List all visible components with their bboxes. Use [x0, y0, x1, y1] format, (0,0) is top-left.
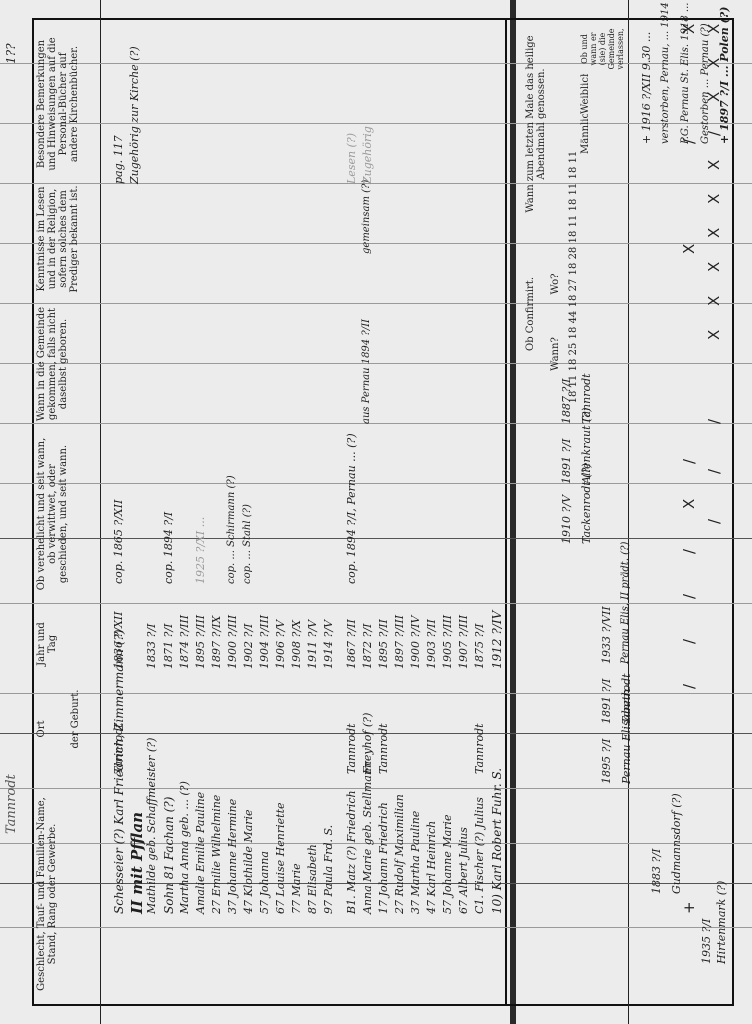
married-3: 1925 ?/XI ... — [194, 517, 207, 584]
tally-mark: / — [680, 459, 698, 464]
left-page-top-border — [32, 18, 34, 1006]
header-confirmed-where: Wo? — [550, 244, 570, 324]
birth-date-f2-7: 1905 ?/III — [441, 615, 454, 669]
birth-date-2: 1833 ?/I — [145, 624, 158, 669]
communion-year-header: 18 28 — [568, 246, 588, 276]
confirmed-f3-where-2: Hirtenmark (?) — [715, 881, 728, 964]
departure-4: Gestorben ... Pernau (?) — [700, 23, 711, 144]
communion-year-header: 18 11 — [568, 374, 588, 404]
header-birth-place: Ort — [36, 674, 66, 784]
left-header-separator — [100, 0, 101, 1024]
birth-place-1: Tannrodt — [112, 723, 125, 774]
birth-date-f2-3: 1895 ?/II — [377, 619, 390, 669]
tally-mark: X — [705, 194, 723, 204]
tally-mark: X — [705, 24, 723, 34]
married-5: cop. ... Stahl (?) — [242, 504, 253, 584]
rule — [0, 927, 752, 928]
birth-date-10: 1906 ?/V — [274, 620, 287, 669]
header-communion: Wann zum letzten Male das heilige Abendm… — [525, 24, 565, 224]
birth-date-13: 1914 ?/V — [322, 620, 335, 669]
tally-mark: X — [705, 160, 723, 170]
tally-mark: X — [680, 499, 698, 509]
entry-f2-child-6: 67 Albert Julius — [457, 827, 470, 914]
tally-mark: + — [680, 901, 698, 914]
entry-daughter-in-law-name: Martha Anna geb. ... (?) — [178, 781, 191, 914]
birth-date-1: 1836 ?/XII — [112, 611, 125, 669]
birth-date-3: 1871 ?/I — [162, 624, 175, 669]
entry-child-1: Amalie Emilie Pauline — [194, 792, 207, 914]
birth-date-f2-8: 1907 ?/III — [457, 615, 470, 669]
birth-date-f3-1: 1875 ?/I — [473, 624, 486, 669]
confirmed-when-2: 1891 ?/I — [560, 439, 573, 484]
birth-date-5: 1895 ?/III — [194, 615, 207, 669]
remark-f2-1: Lesen (?) — [345, 133, 358, 184]
rule — [0, 603, 752, 604]
birth-date-f3-2: 1912 ?/IV — [490, 611, 504, 669]
birth-date-8: 1902 ?/I — [242, 624, 255, 669]
tally-mark: / — [680, 594, 698, 599]
entry-child-9: 97 Paula Frd. S. — [322, 825, 335, 914]
tally-mark: X — [705, 228, 723, 238]
entry-f2-child-2: 27 Rudolf Maximilian — [393, 794, 406, 914]
married-f2: cop. 1894 ?/I, Pernau ... (?) — [345, 433, 358, 584]
remark-1: pag. 117 — [112, 135, 125, 184]
entry-child-5: 57 Johanna — [258, 851, 271, 914]
entry-f2-child-4: 47 Karl Heinrich — [425, 821, 438, 914]
departure-1: + 1916 ?/XII 9.30 ... — [640, 32, 653, 144]
entry-child-3: 37 Johanne Hermine — [226, 799, 239, 914]
header-married: Ob verehelicht und seit wann, ob verwitt… — [36, 434, 96, 594]
departure-2: verstorben, Pernau, ... 1914 ... — [660, 0, 671, 144]
header-departure: Ob und wann er (sie) die Gemeinde verlas… — [580, 24, 625, 74]
entry-wife-name: Mathilde geb. Schaffmeister (?) — [145, 738, 158, 914]
tally-mark: X — [680, 24, 698, 34]
left-page-bottom-border — [505, 18, 507, 1006]
confirmed-f3-when-1: 1883 ?/I — [650, 849, 663, 894]
header-confirmed: Ob Confirmirt. — [525, 244, 545, 384]
header-male: Männliche. — [580, 114, 620, 154]
birth-date-12: 1911 ?/V — [306, 620, 319, 669]
entry-f2-child-1: 17 Johann Friedrich — [377, 802, 390, 914]
birth-date-f2-1: 1867 ?/II — [345, 619, 358, 669]
header-moved-in: Wann in die Gemeinde gekommen, falls nic… — [36, 304, 96, 424]
rule — [0, 423, 752, 424]
confirmed-f2-when-2: 1891 ?/I — [600, 679, 613, 724]
tally-mark: / — [705, 131, 723, 136]
header-birth-group: der Geburt. — [70, 654, 90, 784]
confirmed-f3-when-2: 1935 ?/I — [700, 919, 713, 964]
entry-son-name: Sohn 81 Fachan (?) — [162, 797, 176, 914]
entry-child-8: 87 Elisabeth — [306, 844, 319, 914]
header-name: Geschlecht, Tauf- und Familien-Name, Sta… — [36, 794, 96, 994]
communion-year-header: 18 25 — [568, 342, 588, 372]
birth-place-f2-wife: Freyhof (?) — [361, 713, 374, 774]
tally-mark: X — [680, 244, 698, 254]
birth-date-7: 1900 ?/III — [226, 615, 239, 669]
communion-year-header: 18 44 — [568, 310, 588, 340]
register-page-spread: Geschlecht, Tauf- und Familien-Name, Sta… — [0, 0, 752, 1024]
place-header: Tannrodt — [4, 774, 19, 834]
confirmed-where-3: Tackenrodt (?) — [580, 463, 593, 544]
birth-date-11: 1908 ?/X — [290, 620, 303, 669]
rule — [0, 243, 752, 244]
tally-mark: X — [705, 262, 723, 272]
confirmed-when-3: 1910 ?/V — [560, 495, 573, 544]
entry-child-6: 67 Louise Henriette — [274, 803, 287, 915]
birth-date-f2-5: 1900 ?/IV — [409, 616, 422, 669]
remark-2: Zugehörig zur Kirche (?) — [128, 46, 141, 184]
header-birth-date: Jahr und Tag — [36, 614, 66, 674]
birth-date-9: 1904 ?/III — [258, 615, 271, 669]
book-gutter — [510, 0, 516, 1024]
communion-year-header: 18 11 — [568, 150, 588, 180]
tally-mark: X — [705, 296, 723, 306]
birth-date-f2-6: 1903 ?/II — [425, 619, 438, 669]
entry-f2-head: B1. Matz (?) Friedrich — [345, 790, 358, 914]
header-confirmed-when: Wann? — [550, 324, 570, 384]
tally-mark: X — [705, 330, 723, 340]
entry-child-2: 27 Emilie Wilhelmine — [210, 795, 223, 914]
entry-f2-child-3: 37 Martha Pauline — [409, 811, 422, 914]
right-page-bottom-border — [732, 18, 734, 1006]
page-right-border — [32, 18, 732, 20]
moved-in-f2: aus Pernau 1894 ?/II — [361, 319, 372, 424]
birth-date-f2-2: 1872 ?/I — [361, 624, 374, 669]
page-number: 1?? — [4, 43, 18, 64]
remark-f2-2: Zugehörig — [361, 126, 374, 184]
confirmed-f2-when-3: 1895 ?/I — [600, 739, 613, 784]
knowledge-f2: gemeinsam (?) — [361, 180, 372, 254]
communion-year-header: 18 11 — [568, 182, 588, 212]
entry-child-7: 77 Marie — [290, 863, 303, 914]
tally-mark: X — [705, 92, 723, 102]
tally-mark: / — [680, 139, 698, 144]
rule — [0, 483, 752, 484]
tally-mark: / — [705, 419, 723, 424]
communion-year-header: 18 27 — [568, 278, 588, 308]
birth-date-f2-4: 1897 ?/III — [393, 615, 406, 669]
tally-mark: / — [705, 469, 723, 474]
entry-f2-child-5: 57 Johanne Marie — [441, 815, 454, 914]
birth-place-f2-child: Tannrodt — [377, 723, 390, 774]
birth-place-f2: Tannrodt — [345, 723, 358, 774]
confirmed-f3-where-1: Gudmannsdorf (?) — [670, 793, 683, 894]
confirmed-f2-when-1: 1933 ?/VII — [600, 606, 613, 664]
communion-year-header: 18 11 — [568, 214, 588, 244]
header-knowledge: Kenntnisse im Lesen und in der Religion,… — [36, 184, 96, 294]
entry-f3-head: C1. Fischer (?) Julius — [473, 797, 486, 914]
birth-place-f3: Tannrodt — [473, 723, 486, 774]
married-1: cop. 1865 ?/XII — [112, 500, 125, 584]
tally-mark: / — [705, 519, 723, 524]
birth-date-6: 1897 ?/IX — [210, 616, 223, 669]
birth-date-4: 1874 ?/III — [178, 615, 191, 669]
tally-mark: / — [680, 549, 698, 554]
right-header-separator — [628, 0, 629, 1024]
confirmed-f2-where-3: Pernau Elisabeth — [620, 689, 633, 784]
entry-head-note: II mit Pfflan — [128, 812, 146, 914]
married-4: cop. ... Schirmann (?) — [226, 475, 237, 584]
tally-mark: X — [705, 58, 723, 68]
tally-mark: / — [680, 684, 698, 689]
entry-f3-child: 10) Karl Robert Fuhr. S. — [490, 768, 504, 914]
rule — [0, 363, 752, 364]
page-left-border — [32, 1004, 732, 1006]
tally-mark: / — [680, 639, 698, 644]
married-2: cop. 1894 ?/I — [162, 512, 175, 584]
rule — [0, 303, 752, 304]
rotated-document: Geschlecht, Tauf- und Familien-Name, Sta… — [0, 0, 752, 1024]
entry-f2-wife: Anna Marie geb. Stellmann — [361, 761, 374, 914]
header-remarks: Besondere Bemerkungen und Hinweisungen a… — [36, 34, 96, 174]
entry-child-4: 47 Klothilde Marie — [242, 809, 255, 914]
confirmed-f2-where-1: Pernau Elis. II prädt. (?) — [620, 542, 631, 664]
header-female: Weibliche. — [580, 74, 620, 114]
